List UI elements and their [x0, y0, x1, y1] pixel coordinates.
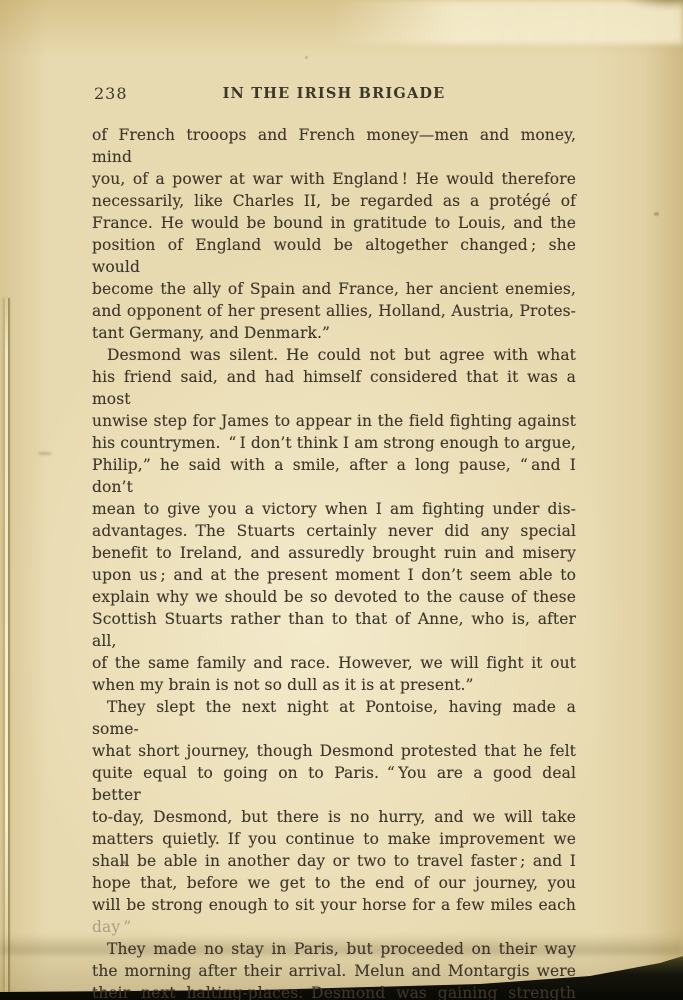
text-line: and opponent of her present allies, Holl…	[92, 300, 576, 322]
text-line: quite equal to going on to Paris. “ You …	[92, 762, 576, 806]
text-line: unwise step for James to appear in the f…	[92, 410, 576, 432]
text-line: of the same family and race. However, we…	[92, 652, 576, 674]
text-line: explain why we should be so devoted to t…	[92, 586, 576, 608]
text-line: benefit to Ireland, and assuredly brough…	[92, 542, 576, 564]
text-line: you, of a power at war with England ! He…	[92, 168, 576, 190]
text-line: necessarily, like Charles II, be regarde…	[92, 190, 576, 212]
text-block: of French trooops and French money—men a…	[92, 124, 576, 1000]
text-line: Philip,” he said with a smile, after a l…	[92, 454, 576, 498]
text-line: their next halting-places. Desmond was g…	[92, 982, 576, 1000]
text-line: to-day, Desmond, but there is no hurry, …	[92, 806, 576, 828]
text-line: when my brain is not so dull as it is at…	[92, 674, 576, 696]
paragraph: of French trooops and French money—men a…	[92, 124, 576, 344]
paper-speck	[305, 56, 308, 59]
paper-speck	[654, 212, 659, 216]
text-line: his friend said, and had himself conside…	[92, 366, 576, 410]
text-line: advantages. The Stuarts certainly never …	[92, 520, 576, 542]
text-line: matters quietly. If you continue to make…	[92, 828, 576, 850]
paragraph: They made no stay in Paris, but proceede…	[92, 938, 576, 1000]
text-line: Desmond was silent. He could not but agr…	[92, 344, 576, 366]
text-line: the morning after their arrival. Melun a…	[92, 960, 576, 982]
text-line: shall be able in another day or two to t…	[92, 850, 576, 872]
text-line: become the ally of Spain and France, her…	[92, 278, 576, 300]
text-line: upon us ; and at the present moment I do…	[92, 564, 576, 586]
paragraph: Desmond was silent. He could not but agr…	[92, 344, 576, 696]
corner-smudge	[621, 0, 683, 10]
text-line: Scottish Stuarts rather than to that of …	[92, 608, 576, 652]
page-edge-line	[5, 298, 8, 992]
text-line: They slept the next night at Pontoise, h…	[92, 696, 576, 740]
text-line: position of England would be altogether …	[92, 234, 576, 278]
scanned-book-page: 238 IN THE IRISH BRIGADE of French trooo…	[0, 0, 683, 1000]
text-line: will be strong enough to sit your horse …	[92, 894, 576, 916]
paragraph: They slept the next night at Pontoise, h…	[92, 696, 576, 938]
page-header: 238 IN THE IRISH BRIGADE	[92, 84, 576, 104]
text-line: tant Germany, and Denmark.”	[92, 322, 576, 344]
text-line: France. He would be bound in gratitude t…	[92, 212, 576, 234]
text-line: of French trooops and French money—men a…	[92, 124, 576, 168]
text-line: mean to give you a victory when I am fig…	[92, 498, 576, 520]
running-title: IN THE IRISH BRIGADE	[92, 85, 576, 102]
text-line: day ”	[92, 916, 576, 938]
text-line: hope that, before we get to the end of o…	[92, 872, 576, 894]
text-line: his countrymen. “ I don’t think I am str…	[92, 432, 576, 454]
paper-speck	[38, 452, 52, 455]
page-content: 238 IN THE IRISH BRIGADE of French trooo…	[92, 84, 576, 1000]
text-line: They made no stay in Paris, but proceede…	[92, 938, 576, 960]
text-line: what short journey, though Desmond prote…	[92, 740, 576, 762]
